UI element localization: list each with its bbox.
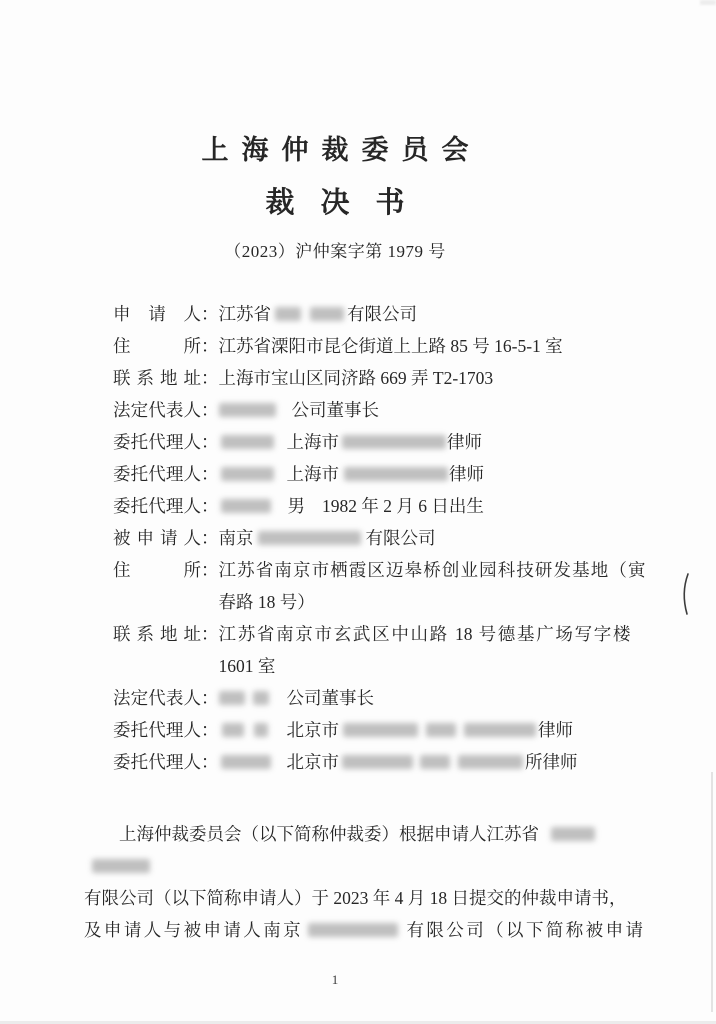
redacted-text — [253, 691, 269, 705]
field-label: 住所： — [113, 554, 219, 586]
field-value: 江苏省有限公司 — [219, 298, 716, 330]
paragraph-line: 及申请人与被申请人南京有限公司（以下简称被申请 — [84, 914, 643, 946]
field-text: 江苏省溧阳市昆仑街道上上路 85 号 16-5-1 室 — [219, 336, 563, 356]
field-value: 上海市律师 — [219, 458, 716, 490]
field-text: 所律师 — [525, 752, 578, 772]
field-text: 北京市 — [287, 752, 340, 772]
redacted-text — [426, 723, 456, 737]
field-row: 法定代表人：公司董事长 — [113, 394, 716, 426]
field-text: 有限公司 — [366, 528, 436, 548]
field-label-text: 被申请人 — [113, 522, 201, 554]
field-value: 江苏省南京市栖霞区迈皋桥创业园科技研发基地（寅春路 18 号） — [219, 554, 716, 618]
redacted-text — [219, 403, 276, 417]
field-text: 南京 — [219, 528, 254, 548]
org-title: 上海仲裁委员会 — [0, 133, 670, 167]
field-value-line: 江苏省南京市玄武区中山路 18 号德基广场写字楼 — [219, 618, 631, 650]
field-text: 公司董事长 — [287, 688, 375, 708]
field-row: 委托代理人：北京市所律师 — [113, 746, 716, 778]
field-row: 联系地址：江苏省南京市玄武区中山路 18 号德基广场写字楼1601 室 — [113, 618, 716, 682]
field-value-line: 春路 18 号） — [219, 586, 716, 618]
field-text: 律师 — [538, 720, 573, 740]
redacted-text — [458, 755, 523, 769]
field-label-text: 委托代理人 — [113, 490, 201, 522]
field-value: 公司董事长 — [219, 394, 716, 426]
field-text: 1982 年 2 月 6 日出生 — [322, 496, 484, 516]
field-text: 律师 — [447, 432, 482, 452]
field-label: 申请人： — [113, 298, 219, 330]
field-value: 上海市宝山区同济路 669 弄 T2-1703 — [219, 362, 716, 394]
field-text: 有限公司（以下简称申请人）于 2023 年 4 月 18 日提交的仲裁申请书， — [84, 888, 627, 908]
field-label: 住所： — [113, 330, 219, 362]
field-label-text: 委托代理人 — [113, 426, 201, 458]
redacted-text — [310, 307, 344, 321]
field-text: 上海市 — [287, 464, 340, 484]
field-value-line: 江苏省南京市栖霞区迈皋桥创业园科技研发基地（寅 — [219, 554, 646, 586]
redacted-text — [221, 435, 274, 449]
field-text: 律师 — [449, 464, 484, 484]
party-fields: 申请人：江苏省有限公司住所：江苏省溧阳市昆仑街道上上路 85 号 16-5-1 … — [0, 298, 716, 778]
field-value: 男1982 年 2 月 6 日出生 — [219, 490, 716, 522]
redacted-text — [221, 755, 271, 769]
field-row: 委托代理人：男1982 年 2 月 6 日出生 — [113, 490, 716, 522]
field-text: 公司董事长 — [292, 400, 380, 420]
field-label-text: 法定代表人 — [113, 394, 201, 426]
field-label: 委托代理人： — [113, 490, 219, 522]
paragraph-line: 上海仲裁委员会（以下简称仲裁委）根据申请人江苏省 — [84, 818, 643, 882]
field-label: 联系地址： — [113, 362, 219, 394]
field-label: 委托代理人： — [113, 714, 219, 746]
redacted-text — [464, 723, 536, 737]
scan-corner-smudge — [700, 0, 716, 5]
field-row: 住所：江苏省溧阳市昆仑街道上上路 85 号 16-5-1 室 — [113, 330, 716, 362]
field-label-text: 住所 — [113, 330, 201, 362]
redacted-text — [219, 691, 245, 705]
field-row: 联系地址：上海市宝山区同济路 669 弄 T2-1703 — [113, 362, 716, 394]
redacted-text — [308, 923, 398, 937]
field-label-text: 委托代理人 — [113, 458, 201, 490]
redacted-text — [221, 499, 271, 513]
doc-type-title: 裁决书 — [0, 186, 670, 220]
field-row: 住所：江苏省南京市栖霞区迈皋桥创业园科技研发基地（寅春路 18 号） — [113, 554, 716, 618]
field-row: 法定代表人：公司董事长 — [113, 682, 716, 714]
field-label-text: 委托代理人 — [113, 746, 201, 778]
pen-mark-icon — [678, 572, 692, 616]
redacted-text — [92, 859, 150, 873]
redacted-text — [551, 827, 595, 841]
scan-edge-right — [711, 772, 713, 1012]
field-text: 上海仲裁委员会（以下简称仲裁委）根据申请人江苏省 — [119, 824, 539, 844]
field-label: 法定代表人： — [113, 682, 219, 714]
field-value: 江苏省南京市玄武区中山路 18 号德基广场写字楼1601 室 — [219, 618, 716, 682]
field-label-text: 申请人 — [113, 298, 201, 330]
field-value: 北京市所律师 — [219, 746, 716, 778]
field-text: 男 — [288, 496, 306, 516]
field-label: 委托代理人： — [113, 458, 219, 490]
field-text: 及申请人与被申请人南京 — [84, 920, 303, 940]
redacted-text — [343, 723, 418, 737]
field-value: 上海市律师 — [219, 426, 716, 458]
field-label-text: 联系地址 — [113, 362, 201, 394]
field-label: 被申请人： — [113, 522, 219, 554]
field-label-text: 联系地址 — [113, 618, 201, 650]
field-label-text: 法定代表人 — [113, 682, 201, 714]
redacted-text — [275, 307, 301, 321]
field-label-text: 委托代理人 — [113, 714, 201, 746]
field-value: 江苏省溧阳市昆仑街道上上路 85 号 16-5-1 室 — [219, 330, 716, 362]
field-text: 上海市宝山区同济路 669 弄 T2-1703 — [219, 368, 494, 388]
field-row: 被申请人：南京有限公司 — [113, 522, 716, 554]
intro-paragraph: 上海仲裁委员会（以下简称仲裁委）根据申请人江苏省有限公司（以下简称申请人）于 2… — [84, 818, 643, 946]
field-text: 上海市 — [287, 432, 340, 452]
field-label: 联系地址： — [113, 618, 219, 650]
field-value: 公司董事长 — [219, 682, 716, 714]
field-label-text: 住所 — [113, 554, 201, 586]
redacted-text — [342, 755, 413, 769]
field-value: 南京有限公司 — [219, 522, 716, 554]
scanned-document-page: 上海仲裁委员会 裁决书 （2023）沪仲案字第 1979 号 申请人：江苏省有限… — [0, 0, 716, 1024]
redacted-text — [420, 755, 450, 769]
field-label: 委托代理人： — [113, 426, 219, 458]
field-value-line: 1601 室 — [219, 650, 716, 682]
document-header: 上海仲裁委员会 裁决书 （2023）沪仲案字第 1979 号 — [0, 0, 670, 262]
field-row: 委托代理人：上海市律师 — [113, 458, 716, 490]
redacted-text — [222, 723, 244, 737]
field-value: 北京市律师 — [219, 714, 716, 746]
field-text: 江苏省 — [219, 304, 272, 324]
field-text: 有限公司（以下简称被申请 — [404, 920, 643, 940]
page-number: 1 — [0, 970, 670, 990]
field-label: 委托代理人： — [113, 746, 219, 778]
redacted-text — [344, 467, 448, 481]
redacted-text — [254, 723, 268, 737]
field-text: 北京市 — [287, 720, 340, 740]
field-row: 委托代理人：上海市律师 — [113, 426, 716, 458]
field-label: 法定代表人： — [113, 394, 219, 426]
case-number: （2023）沪仲案字第 1979 号 — [0, 242, 670, 262]
redacted-text — [258, 531, 361, 545]
field-row: 委托代理人：北京市律师 — [113, 714, 716, 746]
field-row: 申请人：江苏省有限公司 — [113, 298, 716, 330]
paragraph-line: 有限公司（以下简称申请人）于 2023 年 4 月 18 日提交的仲裁申请书， — [84, 882, 643, 914]
redacted-text — [342, 435, 446, 449]
redacted-text — [221, 467, 274, 481]
field-text: 有限公司 — [347, 304, 417, 324]
